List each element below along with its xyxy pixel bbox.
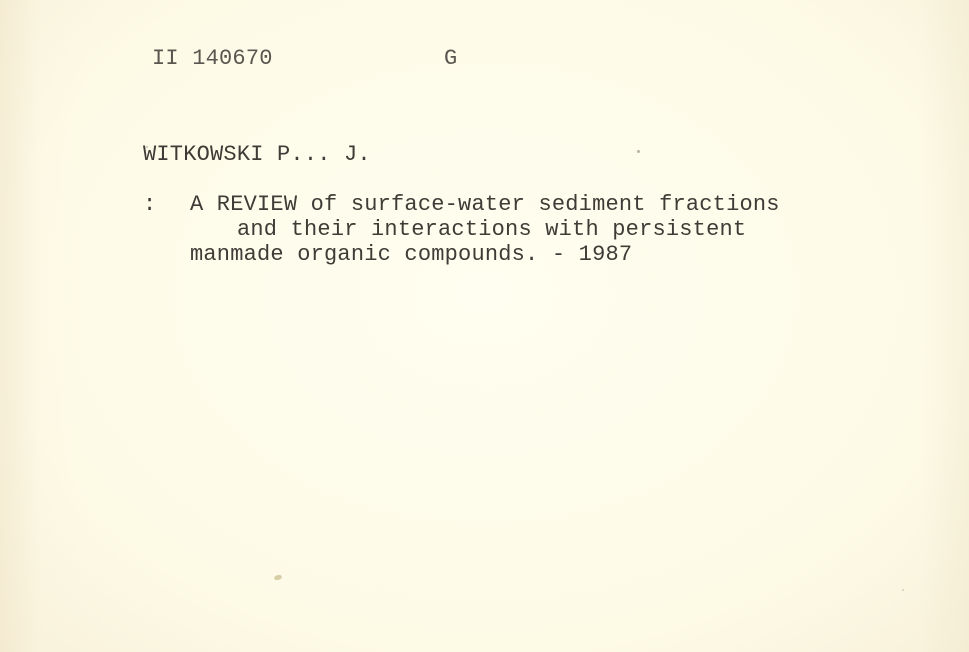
title-prefix: :	[143, 193, 156, 217]
paper-stain	[273, 574, 282, 581]
catalog-card: II 140670 G WITKOWSKI P... J. : A REVIEW…	[0, 0, 969, 652]
paper-speck	[902, 589, 904, 591]
title-line-2: and their interactions with persistent	[237, 218, 746, 242]
title-line-3: manmade organic compounds. - 1987	[190, 243, 632, 267]
paper-speck	[146, 146, 148, 148]
location-code: G	[444, 47, 457, 71]
paper-speck	[637, 150, 640, 153]
author-heading: WITKOWSKI P... J.	[143, 143, 371, 167]
call-number: II 140670	[152, 47, 273, 71]
title-line-1: A REVIEW of surface-water sediment fract…	[190, 193, 780, 217]
